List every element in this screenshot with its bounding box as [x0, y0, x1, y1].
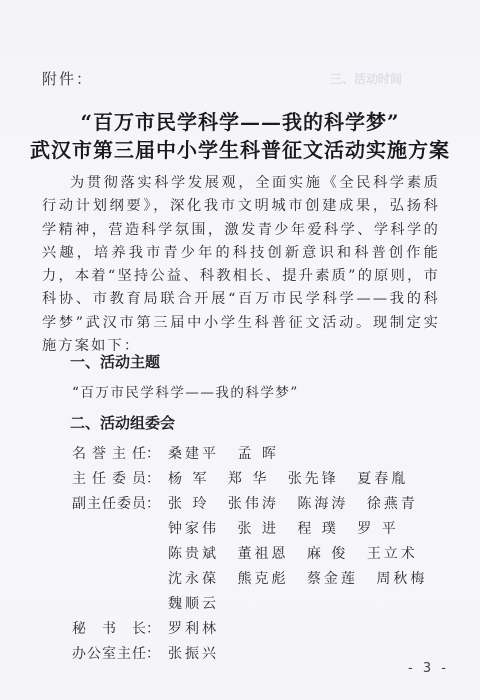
section-heading-committee: 二、活动组委会 [70, 412, 175, 433]
committee-names: 陈贵斌 董祖恩 麻 俊 王立术 [168, 543, 432, 563]
committee-name: 桑建平 [168, 443, 219, 463]
committee-label: 主任委员： [72, 468, 160, 488]
committee-names: 杨 军 郑 华 张先锋 夏春胤 [168, 468, 422, 488]
committee-label: 副主任委员： [72, 493, 160, 513]
committee-name: 郑 华 [228, 468, 269, 488]
committee-name: 蔡金莲 [307, 568, 358, 588]
committee-name: 钟家伟 [168, 518, 219, 538]
committee-names: 沈永葆 熊克彪 蔡金莲 周秋梅 [168, 568, 441, 588]
page-number: - 3 - [408, 661, 449, 676]
committee-label: 办公室主任： [72, 643, 160, 663]
committee-name: 沈永葆 [168, 568, 219, 588]
bleed-through-text: 三、活动时间 [330, 70, 402, 87]
committee-name: 周秋梅 [376, 568, 427, 588]
committee-names: 魏顺云 [168, 593, 233, 613]
committee-name: 罗利林 [168, 618, 219, 638]
committee-names: 张振兴 [168, 643, 233, 663]
committee-name: 孟 晖 [237, 443, 278, 463]
document-title-line2: 武汉市第三届中小学生科普征文活动实施方案 [0, 134, 480, 163]
attachment-label: 附件： [42, 68, 93, 89]
document-page: 三、活动时间 附件： “百万市民学科学——我的科学梦” 武汉市第三届中小学生科普… [0, 0, 480, 700]
committee-name: 陈海涛 [297, 493, 348, 513]
document-title-line1: “百万市民学科学——我的科学梦” [0, 106, 480, 135]
committee-name: 罗 平 [357, 518, 398, 538]
committee-name: 张 进 [237, 518, 278, 538]
intro-paragraph: 为贯彻落实科学发展观，全面实施《全民科学素质行动计划纲要》，深化我市文明城市创建… [42, 172, 440, 358]
committee-name: 张伟涛 [228, 493, 279, 513]
activity-theme: “百万市民学科学——我的科学梦” [72, 381, 299, 401]
committee-name: 魏顺云 [168, 593, 219, 613]
section-heading-theme: 一、活动主题 [70, 351, 160, 372]
committee-label: 名誉主任： [72, 443, 160, 463]
committee-names: 张 玲 张伟涛 陈海涛 徐燕青 [168, 493, 432, 513]
committee-name: 张振兴 [168, 643, 219, 663]
committee-name: 张先锋 [288, 468, 339, 488]
committee-name: 熊克彪 [237, 568, 288, 588]
committee-name: 徐燕青 [367, 493, 418, 513]
committee-name: 张 玲 [168, 493, 209, 513]
committee-name: 麻 俊 [307, 543, 348, 563]
committee-name: 陈贵斌 [168, 543, 219, 563]
committee-name: 程 璞 [297, 518, 338, 538]
committee-name: 董祖恩 [237, 543, 288, 563]
committee-name: 王立术 [367, 543, 418, 563]
committee-names: 罗利林 [168, 618, 233, 638]
committee-names: 桑建平 孟 晖 [168, 443, 293, 463]
committee-label: 秘书长： [72, 618, 160, 638]
committee-name: 杨 军 [168, 468, 209, 488]
committee-name: 夏春胤 [357, 468, 408, 488]
committee-names: 钟家伟 张 进 程 璞 罗 平 [168, 518, 413, 538]
